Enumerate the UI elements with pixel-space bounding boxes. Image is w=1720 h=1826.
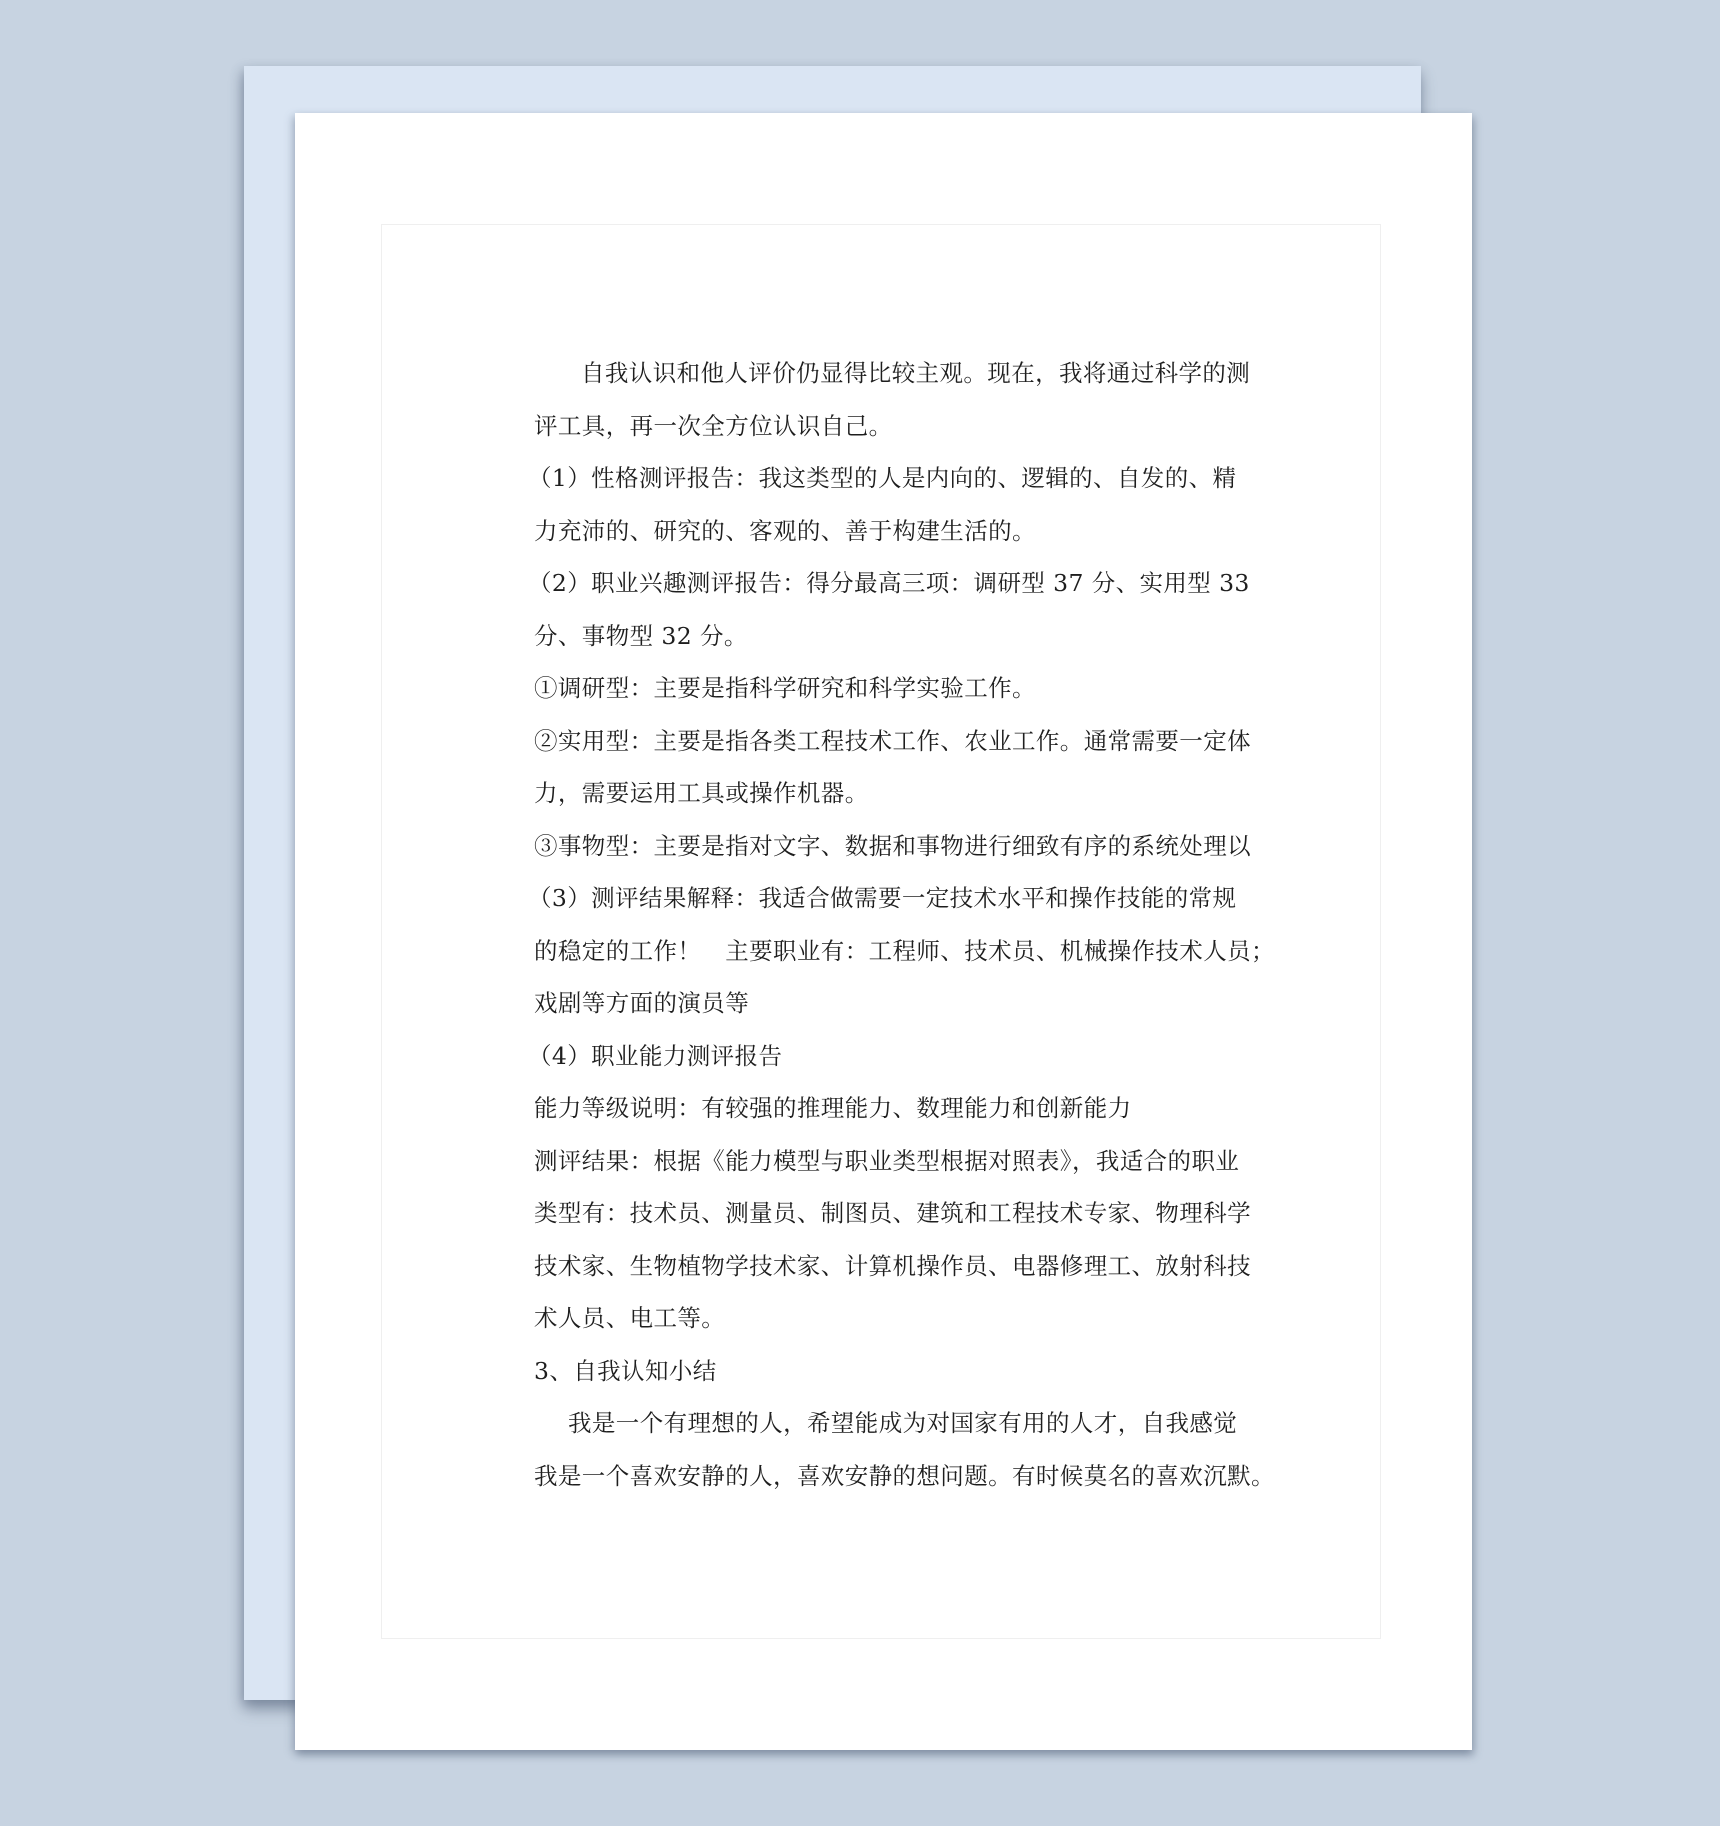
research-type-item: ①调研型：主要是指科学研究和科学实验工作。 [534, 662, 1244, 715]
result-explanation-line-1: （3）测评结果解释：我适合做需要一定技术水平和操作技能的常规 [528, 872, 1244, 925]
paragraph-intro-line-2: 评工具，再一次全方位认识自己。 [534, 400, 1244, 453]
section-heading-self-cognition-summary: 3、自我认知小结 [534, 1345, 1244, 1398]
personality-report-line-2: 力充沛的、研究的、客观的、善于构建生活的。 [534, 505, 1244, 558]
practical-type-line-1: ②实用型：主要是指各类工程技术工作、农业工作。通常需要一定体 [534, 715, 1244, 768]
ability-level-description: 能力等级说明：有较强的推理能力、数理能力和创新能力 [534, 1082, 1244, 1135]
paragraph-intro-line-1: 自我认识和他人评价仍显得比较主观。现在，我将通过科学的测 [534, 347, 1244, 400]
practical-type-line-2: 力，需要运用工具或操作机器。 [534, 767, 1244, 820]
interest-report-line-1: （2）职业兴趣测评报告：得分最高三项：调研型 37 分、实用型 33 [528, 557, 1244, 610]
ability-result-line-1: 测评结果：根据《能力模型与职业类型根据对照表》，我适合的职业 [534, 1135, 1244, 1188]
result-explanation-line-2: 的稳定的工作！ 主要职业有：工程师、技术员、机械操作技术人员； [534, 925, 1244, 978]
front-page-sheet: 自我认识和他人评价仍显得比较主观。现在，我将通过科学的测 评工具，再一次全方位认… [295, 113, 1472, 1750]
summary-paragraph-line-2: 我是一个喜欢安静的人，喜欢安静的想问题。有时候莫名的喜欢沉默。 [534, 1450, 1244, 1503]
ability-report-heading: （4）职业能力测评报告 [528, 1030, 1244, 1083]
ability-result-line-2: 类型有：技术员、测量员、制图员、建筑和工程技术专家、物理科学 [534, 1187, 1244, 1240]
personality-report-line-1: （1）性格测评报告：我这类型的人是内向的、逻辑的、自发的、精 [528, 452, 1244, 505]
ability-result-line-4: 术人员、电工等。 [534, 1292, 1244, 1345]
interest-report-line-2: 分、事物型 32 分。 [534, 610, 1244, 663]
result-explanation-line-3: 戏剧等方面的演员等 [534, 977, 1244, 1030]
summary-paragraph-line-1: 我是一个有理想的人，希望能成为对国家有用的人才，自我感觉 [534, 1397, 1244, 1450]
ability-result-line-3: 技术家、生物植物学技术家、计算机操作员、电器修理工、放射科技 [534, 1240, 1244, 1293]
document-body: 自我认识和他人评价仍显得比较主观。现在，我将通过科学的测 评工具，再一次全方位认… [534, 347, 1244, 1502]
conventional-type-item: ③事物型：主要是指对文字、数据和事物进行细致有序的系统处理以 [534, 820, 1244, 873]
